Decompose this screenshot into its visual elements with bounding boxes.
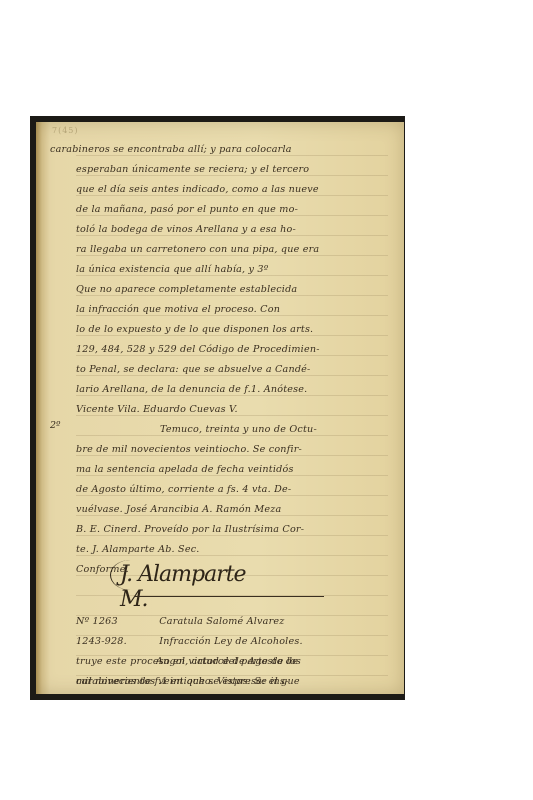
text-line: bre de mil novecientos veintiocho. Se co… xyxy=(50,440,386,460)
text-line: toló la bodega de vinos Arellana y a esa… xyxy=(50,220,386,240)
section-appeal-ruling: 2º Temuco, treinta y uno de Octu- bre de… xyxy=(50,420,386,590)
text-line: Que no aparece completamente establecida xyxy=(50,280,386,300)
text-line: te. J. Alamparte Ab. Sec. xyxy=(50,540,386,560)
section-verdict-1: carabineros se encontraba allí; y para c… xyxy=(50,140,386,420)
marginal-number: 2º xyxy=(50,420,61,431)
case-header-line: Nº 1263 Caratula Salomé Alvarez xyxy=(50,612,386,632)
text-line: lo de lo expuesto y de lo que disponen l… xyxy=(50,320,386,340)
case-party: Caratula Salomé Alvarez xyxy=(159,616,284,627)
signature-underline xyxy=(134,596,324,597)
text-line: lario Arellana, de la denuncia de f.1. A… xyxy=(50,380,386,400)
text-line: de Agosto último, corriente a fs. 4 vta.… xyxy=(50,480,386,500)
signature: J. Alamparte M. xyxy=(120,562,270,594)
case-header-line: 1243-928. Infracción Ley de Alcoholes. xyxy=(50,632,386,652)
text-line: de la mañana, pasó por el punto en que m… xyxy=(50,200,386,220)
ledger-page: 7(45) carabineros se encontraba allí; y … xyxy=(36,122,404,694)
case-number: Nº 1263 xyxy=(76,612,156,632)
text-line: la infracción que motiva el proceso. Con xyxy=(50,300,386,320)
text-line: truye este proceso en virtud del parte d… xyxy=(36,652,396,672)
text-line: 129, 484, 528 y 529 del Código de Proced… xyxy=(50,340,386,360)
page-number: 7(45) xyxy=(52,126,79,135)
text-line: to Penal, se declara: que se absuelve a … xyxy=(50,360,386,380)
text-line: Temuco, treinta y uno de Octu- xyxy=(50,420,386,440)
text-line: ma la sentencia apelada de fecha veintid… xyxy=(50,460,386,480)
case-reference: 1243-928. xyxy=(76,632,156,652)
section-new-case-tail: truye este proceso en virtud del parte d… xyxy=(36,652,396,692)
text-line: carabineros se encontraba allí; y para c… xyxy=(50,140,386,160)
text-line: la única existencia que allí había, y 3º xyxy=(50,260,386,280)
case-charge: Infracción Ley de Alcoholes. xyxy=(159,636,302,647)
text-line: carabineros de f.1 en que se expresa: el… xyxy=(36,672,396,692)
text-line: esperaban únicamente se reciera; y el te… xyxy=(50,160,386,180)
text-line: ra llegaba un carretonero con una pipa, … xyxy=(50,240,386,260)
text-line: vuélvase. José Arancibia A. Ramón Meza xyxy=(50,500,386,520)
text-line: Vicente Vila. Eduardo Cuevas V. xyxy=(50,400,386,420)
text-line: que el día seis antes indicado, como a l… xyxy=(50,180,386,200)
scanned-page-frame: 7(45) carabineros se encontraba allí; y … xyxy=(30,116,405,700)
text-line: B. E. Cinerd. Proveído por la Ilustrísim… xyxy=(50,520,386,540)
